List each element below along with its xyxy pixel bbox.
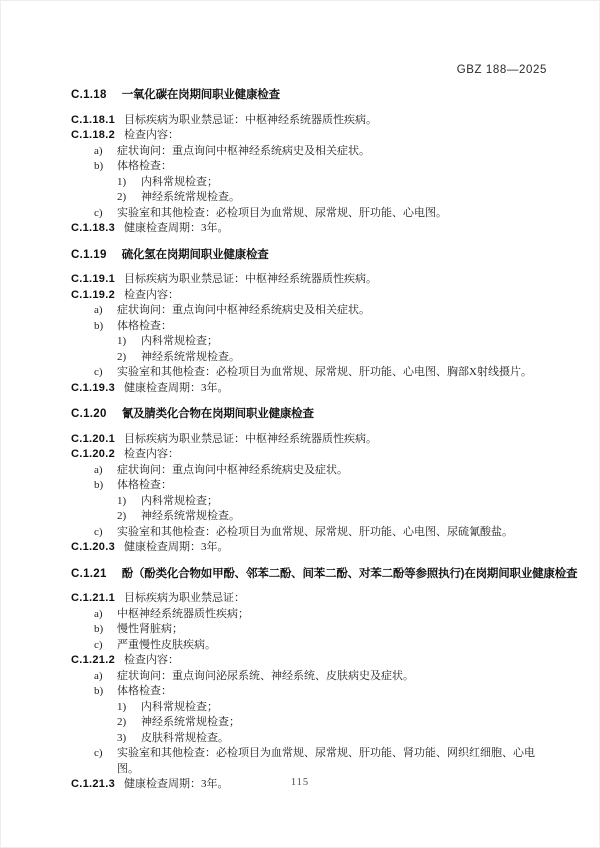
item-marker: c)	[94, 525, 117, 541]
list-item: c)实验室和其他检查：必检项目为血常规、尿常规、肝功能、心电图。	[71, 206, 547, 222]
page-number: 115	[1, 777, 599, 788]
item-text: 体格检查：	[117, 684, 547, 700]
clause-line: C.1.21.2检查内容：	[71, 653, 547, 669]
item-marker: 2)	[117, 190, 141, 206]
clause-number: C.1.19.1	[71, 273, 115, 285]
clause-number: C.1.20.3	[71, 541, 115, 553]
clause-number: C.1.19.2	[71, 289, 115, 301]
section-title: 氰及腈类化合物在岗期间职业健康检查	[122, 407, 314, 423]
list-item: 1)内科常规检查；	[71, 700, 547, 716]
list-item: 2)神经系统常规检查。	[71, 509, 547, 525]
item-marker: a)	[94, 303, 117, 319]
item-marker: c)	[94, 746, 117, 777]
list-item: 2)神经系统常规检查；	[71, 715, 547, 731]
clause-line: C.1.21.1目标疾病为职业禁忌证：	[71, 591, 547, 607]
list-item: 1)内科常规检查；	[71, 494, 547, 510]
item-text: 实验室和其他检查：必检项目为血常规、尿常规、肝功能、肾功能、网织红细胞、心电图。	[117, 746, 547, 777]
list-item: c)严重慢性皮肤疾病。	[71, 638, 547, 654]
standard-code-header: GBZ 188—2025	[71, 63, 547, 77]
item-text: 体格检查：	[117, 319, 547, 335]
item-text: 内科常规检查；	[141, 700, 547, 716]
list-item: c)实验室和其他检查：必检项目为血常规、尿常规、肝功能、肾功能、网织红细胞、心电…	[71, 746, 547, 777]
clause-line: C.1.20.3健康检查周期：3年。	[71, 540, 547, 556]
section-heading: C.1.21酚（酚类化合物如甲酚、邻苯二酚、间苯二酚、对苯二酚等参照执行)在岗期…	[71, 567, 547, 583]
item-marker: b)	[94, 159, 117, 175]
item-marker: b)	[94, 622, 117, 638]
section-heading: C.1.20氰及腈类化合物在岗期间职业健康检查	[71, 407, 547, 423]
list-item: a)症状询问：重点询问泌尿系统、神经系统、皮肤病史及症状。	[71, 669, 547, 685]
item-text: 神经系统常规检查。	[141, 509, 547, 525]
item-text: 慢性肾脏病；	[117, 622, 547, 638]
item-marker: c)	[94, 206, 117, 222]
document-page: GBZ 188—2025 C.1.18一氧化碳在岗期间职业健康检查C.1.18.…	[0, 0, 600, 848]
clause-text: 目标疾病为职业禁忌证：中枢神经系统器质性疾病。	[124, 433, 377, 445]
item-marker: a)	[94, 463, 117, 479]
list-item: a)症状询问：重点询问中枢神经系统病史及相关症状。	[71, 144, 547, 160]
item-marker: c)	[94, 365, 117, 381]
item-text: 体格检查：	[117, 159, 547, 175]
list-item: c)实验室和其他检查：必检项目为血常规、尿常规、肝功能、心电图、尿硫氰酸盐。	[71, 525, 547, 541]
list-item: a)症状询问：重点询问中枢神经系统病史及症状。	[71, 463, 547, 479]
item-marker: 1)	[117, 494, 141, 510]
list-item: b)体格检查：	[71, 684, 547, 700]
document-body: C.1.18一氧化碳在岗期间职业健康检查C.1.18.1目标疾病为职业禁忌证：中…	[71, 88, 547, 793]
list-item: c)实验室和其他检查：必检项目为血常规、尿常规、肝功能、心电图、胸部X射线摄片。	[71, 365, 547, 381]
clause-text: 健康检查周期：3年。	[124, 382, 229, 394]
list-item: 1)内科常规检查；	[71, 175, 547, 191]
clause-line: C.1.19.1目标疾病为职业禁忌证：中枢神经系统器质性疾病。	[71, 272, 547, 288]
item-marker: 2)	[117, 715, 141, 731]
item-text: 内科常规检查；	[141, 175, 547, 191]
item-text: 症状询问：重点询问中枢神经系统病史及症状。	[117, 463, 547, 479]
clause-number: C.1.20.2	[71, 448, 115, 460]
section-title: 酚（酚类化合物如甲酚、邻苯二酚、间苯二酚、对苯二酚等参照执行)在岗期间职业健康检…	[122, 567, 578, 583]
clause-text: 目标疾病为职业禁忌证：	[124, 592, 245, 604]
list-item: 3)皮肤科常规检查。	[71, 731, 547, 747]
clause-number: C.1.20.1	[71, 433, 115, 445]
section: C.1.19硫化氢在岗期间职业健康检查C.1.19.1目标疾病为职业禁忌证：中枢…	[71, 248, 547, 397]
clause-line: C.1.19.3健康检查周期：3年。	[71, 381, 547, 397]
item-text: 实验室和其他检查：必检项目为血常规、尿常规、肝功能、心电图、尿硫氰酸盐。	[117, 525, 547, 541]
item-text: 症状询问：重点询问中枢神经系统病史及相关症状。	[117, 303, 547, 319]
list-item: 2)神经系统常规检查。	[71, 350, 547, 366]
item-text: 严重慢性皮肤疾病。	[117, 638, 547, 654]
clause-text: 检查内容：	[124, 448, 179, 460]
section: C.1.18一氧化碳在岗期间职业健康检查C.1.18.1目标疾病为职业禁忌证：中…	[71, 88, 547, 237]
item-text: 实验室和其他检查：必检项目为血常规、尿常规、肝功能、心电图、胸部X射线摄片。	[117, 365, 547, 381]
item-marker: b)	[94, 319, 117, 335]
list-item: a)中枢神经系统器质性疾病；	[71, 607, 547, 623]
item-text: 中枢神经系统器质性疾病；	[117, 607, 547, 623]
section-heading: C.1.18一氧化碳在岗期间职业健康检查	[71, 88, 547, 104]
clause-number: C.1.18.2	[71, 129, 115, 141]
clause-line: C.1.20.1目标疾病为职业禁忌证：中枢神经系统器质性疾病。	[71, 432, 547, 448]
clause-line: C.1.18.2检查内容：	[71, 128, 547, 144]
item-marker: a)	[94, 607, 117, 623]
item-text: 内科常规检查；	[141, 334, 547, 350]
clause-text: 健康检查周期：3年。	[124, 541, 229, 553]
list-item: a)症状询问：重点询问中枢神经系统病史及相关症状。	[71, 303, 547, 319]
item-marker: c)	[94, 638, 117, 654]
clause-text: 检查内容：	[124, 654, 179, 666]
list-item: b)体格检查：	[71, 478, 547, 494]
item-marker: b)	[94, 478, 117, 494]
item-text: 神经系统常规检查。	[141, 350, 547, 366]
item-marker: 1)	[117, 700, 141, 716]
item-text: 内科常规检查；	[141, 494, 547, 510]
section-title: 硫化氢在岗期间职业健康检查	[122, 248, 269, 264]
clause-number: C.1.21.2	[71, 654, 115, 666]
clause-number: C.1.18.1	[71, 114, 115, 126]
item-marker: a)	[94, 144, 117, 160]
section-title: 一氧化碳在岗期间职业健康检查	[122, 88, 280, 104]
item-text: 皮肤科常规检查。	[141, 731, 547, 747]
clause-line: C.1.18.1目标疾病为职业禁忌证：中枢神经系统器质性疾病。	[71, 113, 547, 129]
item-text: 实验室和其他检查：必检项目为血常规、尿常规、肝功能、心电图。	[117, 206, 547, 222]
section: C.1.20氰及腈类化合物在岗期间职业健康检查C.1.20.1目标疾病为职业禁忌…	[71, 407, 547, 556]
section-heading: C.1.19硫化氢在岗期间职业健康检查	[71, 248, 547, 264]
item-text: 症状询问：重点询问中枢神经系统病史及相关症状。	[117, 144, 547, 160]
clause-text: 检查内容：	[124, 129, 179, 141]
item-marker: 1)	[117, 175, 141, 191]
item-text: 症状询问：重点询问泌尿系统、神经系统、皮肤病史及症状。	[117, 669, 547, 685]
section-number: C.1.19	[71, 248, 107, 264]
list-item: b)慢性肾脏病；	[71, 622, 547, 638]
list-item: b)体格检查：	[71, 159, 547, 175]
clause-text: 检查内容：	[124, 289, 179, 301]
clause-number: C.1.21.1	[71, 592, 115, 604]
item-marker: 3)	[117, 731, 141, 747]
item-text: 体格检查：	[117, 478, 547, 494]
list-item: b)体格检查：	[71, 319, 547, 335]
clause-line: C.1.20.2检查内容：	[71, 447, 547, 463]
clause-line: C.1.19.2检查内容：	[71, 288, 547, 304]
item-marker: 2)	[117, 350, 141, 366]
section-number: C.1.20	[71, 407, 107, 423]
list-item: 2)神经系统常规检查。	[71, 190, 547, 206]
clause-number: C.1.18.3	[71, 222, 115, 234]
item-marker: 1)	[117, 334, 141, 350]
item-marker: a)	[94, 669, 117, 685]
clause-text: 健康检查周期：3年。	[124, 222, 229, 234]
clause-number: C.1.19.3	[71, 382, 115, 394]
clause-line: C.1.18.3健康检查周期：3年。	[71, 221, 547, 237]
item-marker: 2)	[117, 509, 141, 525]
section-number: C.1.21	[71, 567, 107, 583]
clause-text: 目标疾病为职业禁忌证：中枢神经系统器质性疾病。	[124, 114, 377, 126]
section-number: C.1.18	[71, 88, 107, 104]
section: C.1.21酚（酚类化合物如甲酚、邻苯二酚、间苯二酚、对苯二酚等参照执行)在岗期…	[71, 567, 547, 793]
item-text: 神经系统常规检查。	[141, 190, 547, 206]
list-item: 1)内科常规检查；	[71, 334, 547, 350]
item-text: 神经系统常规检查；	[141, 715, 547, 731]
item-marker: b)	[94, 684, 117, 700]
clause-text: 目标疾病为职业禁忌证：中枢神经系统器质性疾病。	[124, 273, 377, 285]
